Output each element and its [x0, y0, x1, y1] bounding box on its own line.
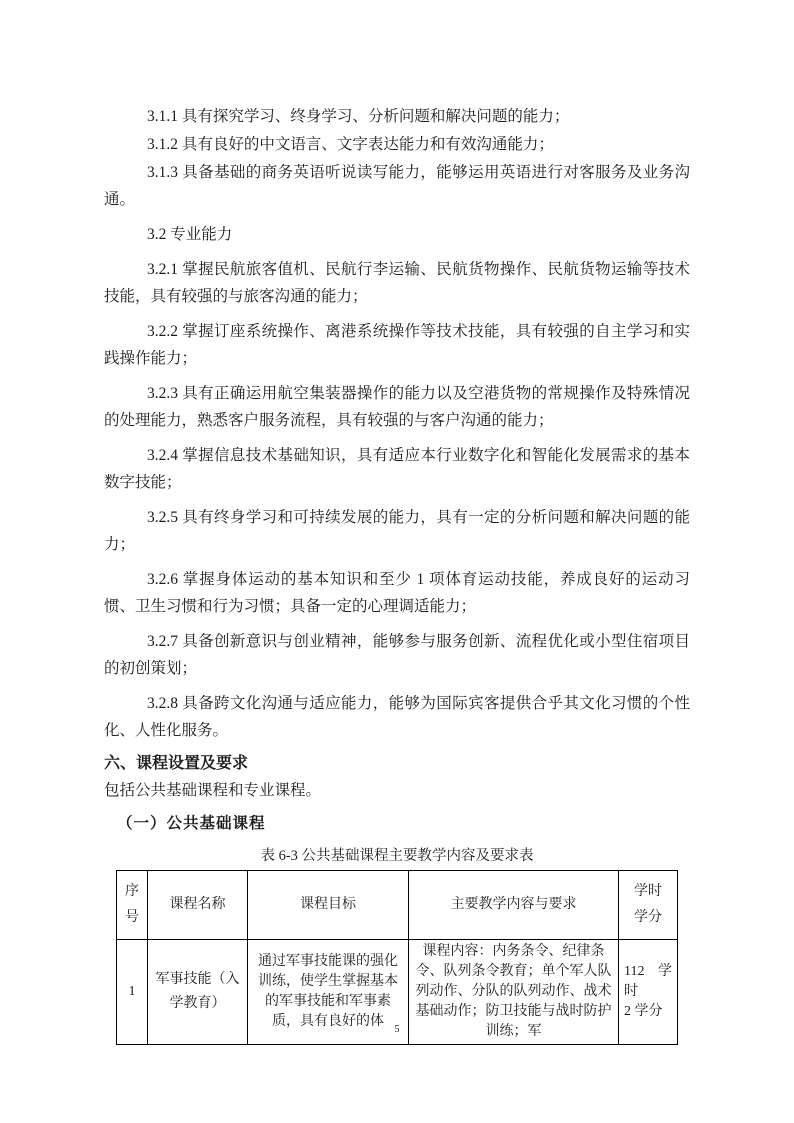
- header-cell-course-name: 课程名称: [148, 871, 248, 940]
- credits-value: 2 学分: [624, 1002, 672, 1022]
- subsection-heading: （一）公共基础课程: [117, 810, 690, 837]
- body-paragraph: 3.2.4 掌握信息技术基础知识，具有适应本行业数字化和智能化发展需求的基本数字…: [104, 442, 690, 496]
- header-cell-hours-credits: 学时 学分: [619, 871, 678, 940]
- body-paragraph: 3.2.5 具有终身学习和可持续发展的能力，具有一定的分析问题和解决问题的能力；: [104, 504, 690, 558]
- body-paragraph: 3.1.3 具备基础的商务英语听说读写能力，能够运用英语进行对客服务及业务沟通。: [104, 159, 690, 213]
- body-paragraph: 3.2.3 具有正确运用航空集装器操作的能力以及空港货物的常规操作及特殊情况的处…: [104, 380, 690, 434]
- body-paragraph: 3.2.2 掌握订座系统操作、离港系统操作等技术技能，具有较强的自主学习和实践操…: [104, 318, 690, 372]
- header-hours-line2: 学分: [624, 905, 672, 931]
- course-table: 序 号 课程名称 课程目标 主要教学内容与要求 学时 学分 1 军事技能（入学教…: [116, 870, 678, 1045]
- page-number: 5: [0, 1024, 794, 1036]
- section-heading: 六、课程设置及要求: [104, 750, 690, 777]
- hours-value: 112 学时: [624, 962, 672, 1002]
- section-intro: 包括公共基础课程和专业课程。: [104, 777, 690, 804]
- header-cell-course-objective: 课程目标: [248, 871, 409, 940]
- body-paragraph: 3.2.7 具备创新意识与创业精神，能够参与服务创新、流程优化或小型住宿项目的初…: [104, 628, 690, 682]
- header-no-line2: 号: [122, 905, 142, 931]
- body-paragraph: 3.2.8 具备跨文化沟通与适应能力，能够为国际宾客提供合乎其文化习惯的个性化、…: [104, 690, 690, 744]
- body-paragraph: 3.2.6 掌握身体运动的基本知识和至少 1 项体育运动技能，养成良好的运动习惯…: [104, 566, 690, 620]
- header-cell-main-content: 主要教学内容与要求: [409, 871, 619, 940]
- header-hours-line1: 学时: [624, 879, 672, 905]
- body-paragraph: 3.1.2 具有良好的中文语言、文字表达能力和有效沟通能力；: [104, 131, 690, 158]
- body-paragraph: 3.1.1 具有探究学习、终身学习、分析问题和解决问题的能力；: [104, 103, 690, 130]
- body-paragraph: 3.2.1 掌握民航旅客值机、民航行李运输、民航货物操作、民航货物运输等技术技能…: [104, 256, 690, 310]
- document-page: 3.1.1 具有探究学习、终身学习、分析问题和解决问题的能力； 3.1.2 具有…: [0, 0, 794, 1123]
- header-no-line1: 序: [122, 879, 142, 905]
- table-caption: 表 6-3 公共基础课程主要教学内容及要求表: [104, 846, 690, 866]
- table-header-row: 序 号 课程名称 课程目标 主要教学内容与要求 学时 学分: [117, 871, 678, 940]
- header-cell-no: 序 号: [117, 871, 148, 940]
- body-paragraph: 3.2 专业能力: [104, 221, 690, 248]
